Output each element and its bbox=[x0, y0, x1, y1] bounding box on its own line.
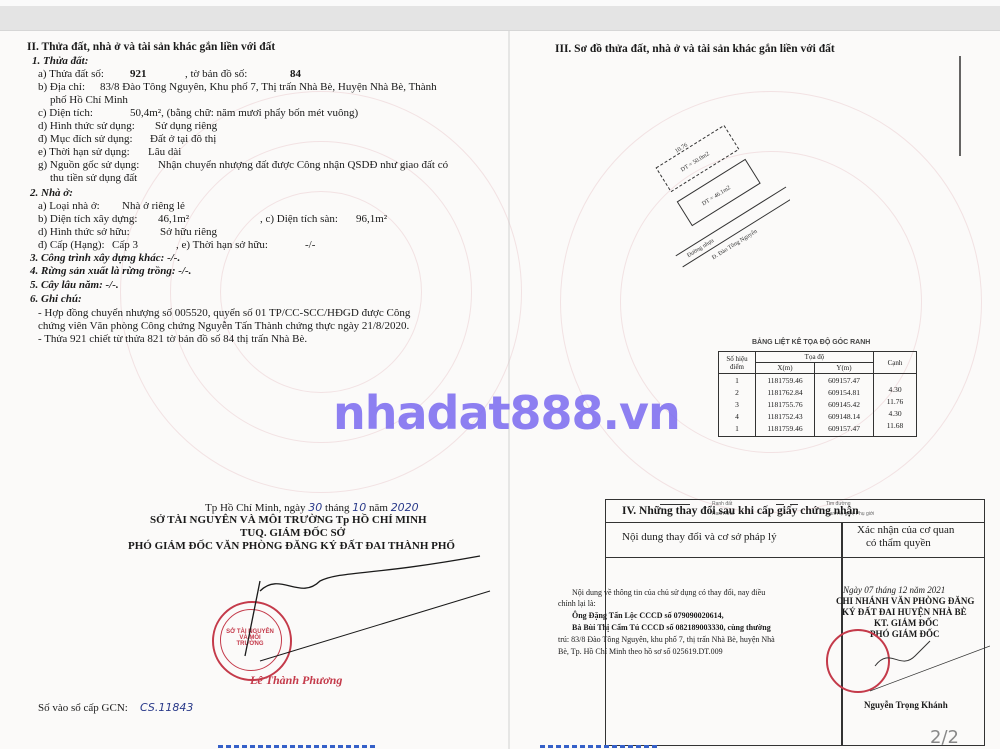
section-4-col2-line1: Xác nhận của cơ quan bbox=[857, 524, 954, 537]
use-form-label: d) Hình thức sử dụng: bbox=[38, 120, 135, 133]
section-4-col1: Nội dung thay đổi và cơ sở pháp lý bbox=[622, 531, 777, 544]
origin-label: g) Nguồn gốc sử dụng: bbox=[38, 159, 139, 172]
gcn-register-label: Số vào sổ cấp GCN: bbox=[38, 702, 128, 715]
issuing-organization: SỞ TÀI NGUYÊN VÀ MÔI TRƯỜNG Tp HỒ CHÍ MI… bbox=[150, 514, 427, 527]
point-id: 4 bbox=[722, 411, 752, 423]
year-label: năm bbox=[369, 502, 388, 514]
month-label: tháng bbox=[325, 502, 349, 514]
change-line-6: Bè, Tp. Hồ Chí Minh theo hồ sơ số 025619… bbox=[558, 645, 723, 658]
perennial-item: 5. Cây lâu năm: -/-. bbox=[30, 279, 119, 292]
other-construction: 3. Công trình xây dựng khác: -/-. bbox=[30, 252, 180, 265]
origin-value-line1: Nhận chuyển nhượng đất được Công nhận QS… bbox=[158, 159, 448, 172]
edge-length: 11.68 bbox=[877, 420, 913, 432]
gcn-register-value: CS.11843 bbox=[140, 701, 193, 714]
confirm-signer: Nguyễn Trọng Khánh bbox=[864, 699, 948, 712]
coord-table-title: BẢNG LIỆT KÊ TỌA ĐỘ GÓC RANH bbox=[752, 339, 870, 346]
issue-year: 2020 bbox=[391, 501, 419, 514]
viewer-toolbar bbox=[0, 0, 1000, 31]
house-type-value: Nhà ở riêng lẻ bbox=[122, 200, 185, 213]
points-column: 12341 bbox=[719, 374, 756, 437]
section-3-title: III. Sơ đồ thửa đất, nhà ở và tài sản kh… bbox=[555, 43, 835, 56]
y-coordinate: 609154.81 bbox=[818, 387, 870, 399]
edge-length: 4.30 bbox=[877, 408, 913, 420]
y-coordinate: 609145.42 bbox=[818, 399, 870, 411]
area-value: 50,4m², (bằng chữ: năm mươi phẩy bốn mét… bbox=[130, 107, 358, 120]
parcel-diagram: DT = 50.0m2 DT = 46.1m2 10.76 Đường nhựa… bbox=[640, 111, 790, 281]
point-id: 3 bbox=[722, 399, 752, 411]
issue-day: 30 bbox=[308, 501, 322, 514]
point-id: 1 bbox=[722, 375, 752, 387]
edge-length: 11.76 bbox=[877, 396, 913, 408]
edge-length: 4.30 bbox=[877, 384, 913, 396]
y-column: 609157.47609154.81609145.42609148.146091… bbox=[815, 374, 874, 437]
coord-table: Số hiệu điểm Tọa độ Cạnh X(m) Y(m) 12341… bbox=[718, 351, 917, 437]
watermark: nhadat888.vn bbox=[333, 386, 680, 440]
use-purpose-label: đ) Mục đích sử dụng: bbox=[38, 133, 133, 146]
origin-value-line2: thu tiền sử dụng đất bbox=[50, 172, 137, 185]
use-term-label: e) Thời hạn sử dụng: bbox=[38, 146, 130, 159]
col-y: Y(m) bbox=[815, 363, 874, 374]
perforation-line bbox=[540, 745, 660, 748]
issue-date-line: Tp Hồ Chí Minh, ngày 30 tháng 10 năm 202… bbox=[205, 501, 419, 515]
col-coord: Tọa độ bbox=[756, 352, 874, 363]
note-line-1: - Hợp đồng chuyển nhượng số 005520, quyể… bbox=[38, 307, 410, 320]
edges-column: 4.3011.764.3011.68 bbox=[874, 374, 917, 437]
section-4-title: IV. Những thay đổi sau khi cấp giấy chứn… bbox=[622, 505, 859, 518]
x-coordinate: 1181762.84 bbox=[759, 387, 811, 399]
use-form-value: Sử dụng riêng bbox=[155, 120, 217, 133]
house-grade-value: Cấp 3 bbox=[112, 239, 138, 252]
signer-name-left: Lê Thành Phương bbox=[250, 674, 342, 687]
signature-right bbox=[870, 636, 990, 696]
land-heading: 1. Thửa đất: bbox=[32, 55, 88, 68]
land-certificate-page: II. Thửa đất, nhà ở và tài sản khác gắn … bbox=[0, 31, 1000, 749]
dim-long-label: 10.76 bbox=[674, 142, 689, 154]
build-area-label: b) Diện tích xây dựng: bbox=[38, 213, 137, 226]
floor-area-value: 96,1m² bbox=[356, 213, 387, 226]
point-id: 2 bbox=[722, 387, 752, 399]
ownership-form-label: d) Hình thức sở hữu: bbox=[38, 226, 130, 239]
address-value-line2: phố Hồ Chí Minh bbox=[50, 94, 128, 107]
x-column: 1181759.461181762.841181755.761181752.43… bbox=[756, 374, 815, 437]
map-sheet-label: , tờ bản đồ số: bbox=[185, 68, 247, 81]
north-arrow-icon bbox=[955, 56, 965, 156]
use-purpose-value: Đất ở tại đô thị bbox=[150, 133, 216, 146]
x-coordinate: 1181755.76 bbox=[759, 399, 811, 411]
build-area-value: 46,1m² bbox=[158, 213, 189, 226]
x-coordinate: 1181752.43 bbox=[759, 411, 811, 423]
map-sheet-value: 84 bbox=[290, 68, 301, 81]
house-type-label: a) Loại nhà ở: bbox=[38, 200, 100, 213]
col-point: Số hiệu điểm bbox=[719, 352, 756, 374]
section-2-title: II. Thửa đất, nhà ở và tài sản khác gắn … bbox=[27, 41, 275, 54]
signer-role-1: TUQ. GIÁM ĐỐC SỞ bbox=[240, 527, 345, 540]
note-line-2: chứng viên Văn phòng Công chứng Nguyễn T… bbox=[38, 320, 409, 333]
change-line-1: Nội dung về thông tin của chủ sử dụng có… bbox=[572, 586, 765, 599]
signature-left bbox=[240, 551, 500, 671]
ownership-form-value: Sở hữu riêng bbox=[160, 226, 217, 239]
point-id: 1 bbox=[722, 423, 752, 435]
ownership-term-value: -/- bbox=[305, 239, 315, 252]
house-heading: 2. Nhà ở: bbox=[30, 187, 73, 200]
parcel-number-label: a) Thửa đất số: bbox=[38, 68, 104, 81]
y-coordinate: 609157.47 bbox=[818, 375, 870, 387]
section-4-col2-line2: có thẩm quyền bbox=[866, 537, 931, 550]
forest-item: 4. Rừng sản xuất là rừng trồng: -/-. bbox=[30, 265, 191, 278]
perforation-line bbox=[218, 745, 378, 748]
x-coordinate: 1181759.46 bbox=[759, 423, 811, 435]
parcel-number-value: 921 bbox=[130, 68, 147, 81]
ownership-term-label: , e) Thời hạn sở hữu: bbox=[176, 239, 268, 252]
x-coordinate: 1181759.46 bbox=[759, 375, 811, 387]
note-line-3: - Thửa 921 chiết từ thửa 821 tờ bản đồ s… bbox=[38, 333, 307, 346]
date-prefix: Tp Hồ Chí Minh, ngày bbox=[205, 502, 306, 514]
area-label: c) Diện tích: bbox=[38, 107, 93, 120]
house-grade-label: đ) Cấp (Hạng): bbox=[38, 239, 105, 252]
issue-month: 10 bbox=[352, 501, 366, 514]
col-edge: Cạnh bbox=[874, 352, 917, 374]
address-label: b) Địa chỉ: bbox=[38, 81, 85, 94]
col-x: X(m) bbox=[756, 363, 815, 374]
use-term-value: Lâu dài bbox=[148, 146, 181, 159]
address-value-line1: 83/8 Đào Tông Nguyên, Khu phố 7, Thị trấ… bbox=[100, 81, 437, 94]
y-coordinate: 609148.14 bbox=[818, 411, 870, 423]
floor-area-label: , c) Diện tích sàn: bbox=[260, 213, 338, 226]
y-coordinate: 609157.47 bbox=[818, 423, 870, 435]
notes-heading: 6. Ghi chú: bbox=[30, 293, 82, 306]
page-indicator: 2/2 bbox=[930, 727, 959, 748]
